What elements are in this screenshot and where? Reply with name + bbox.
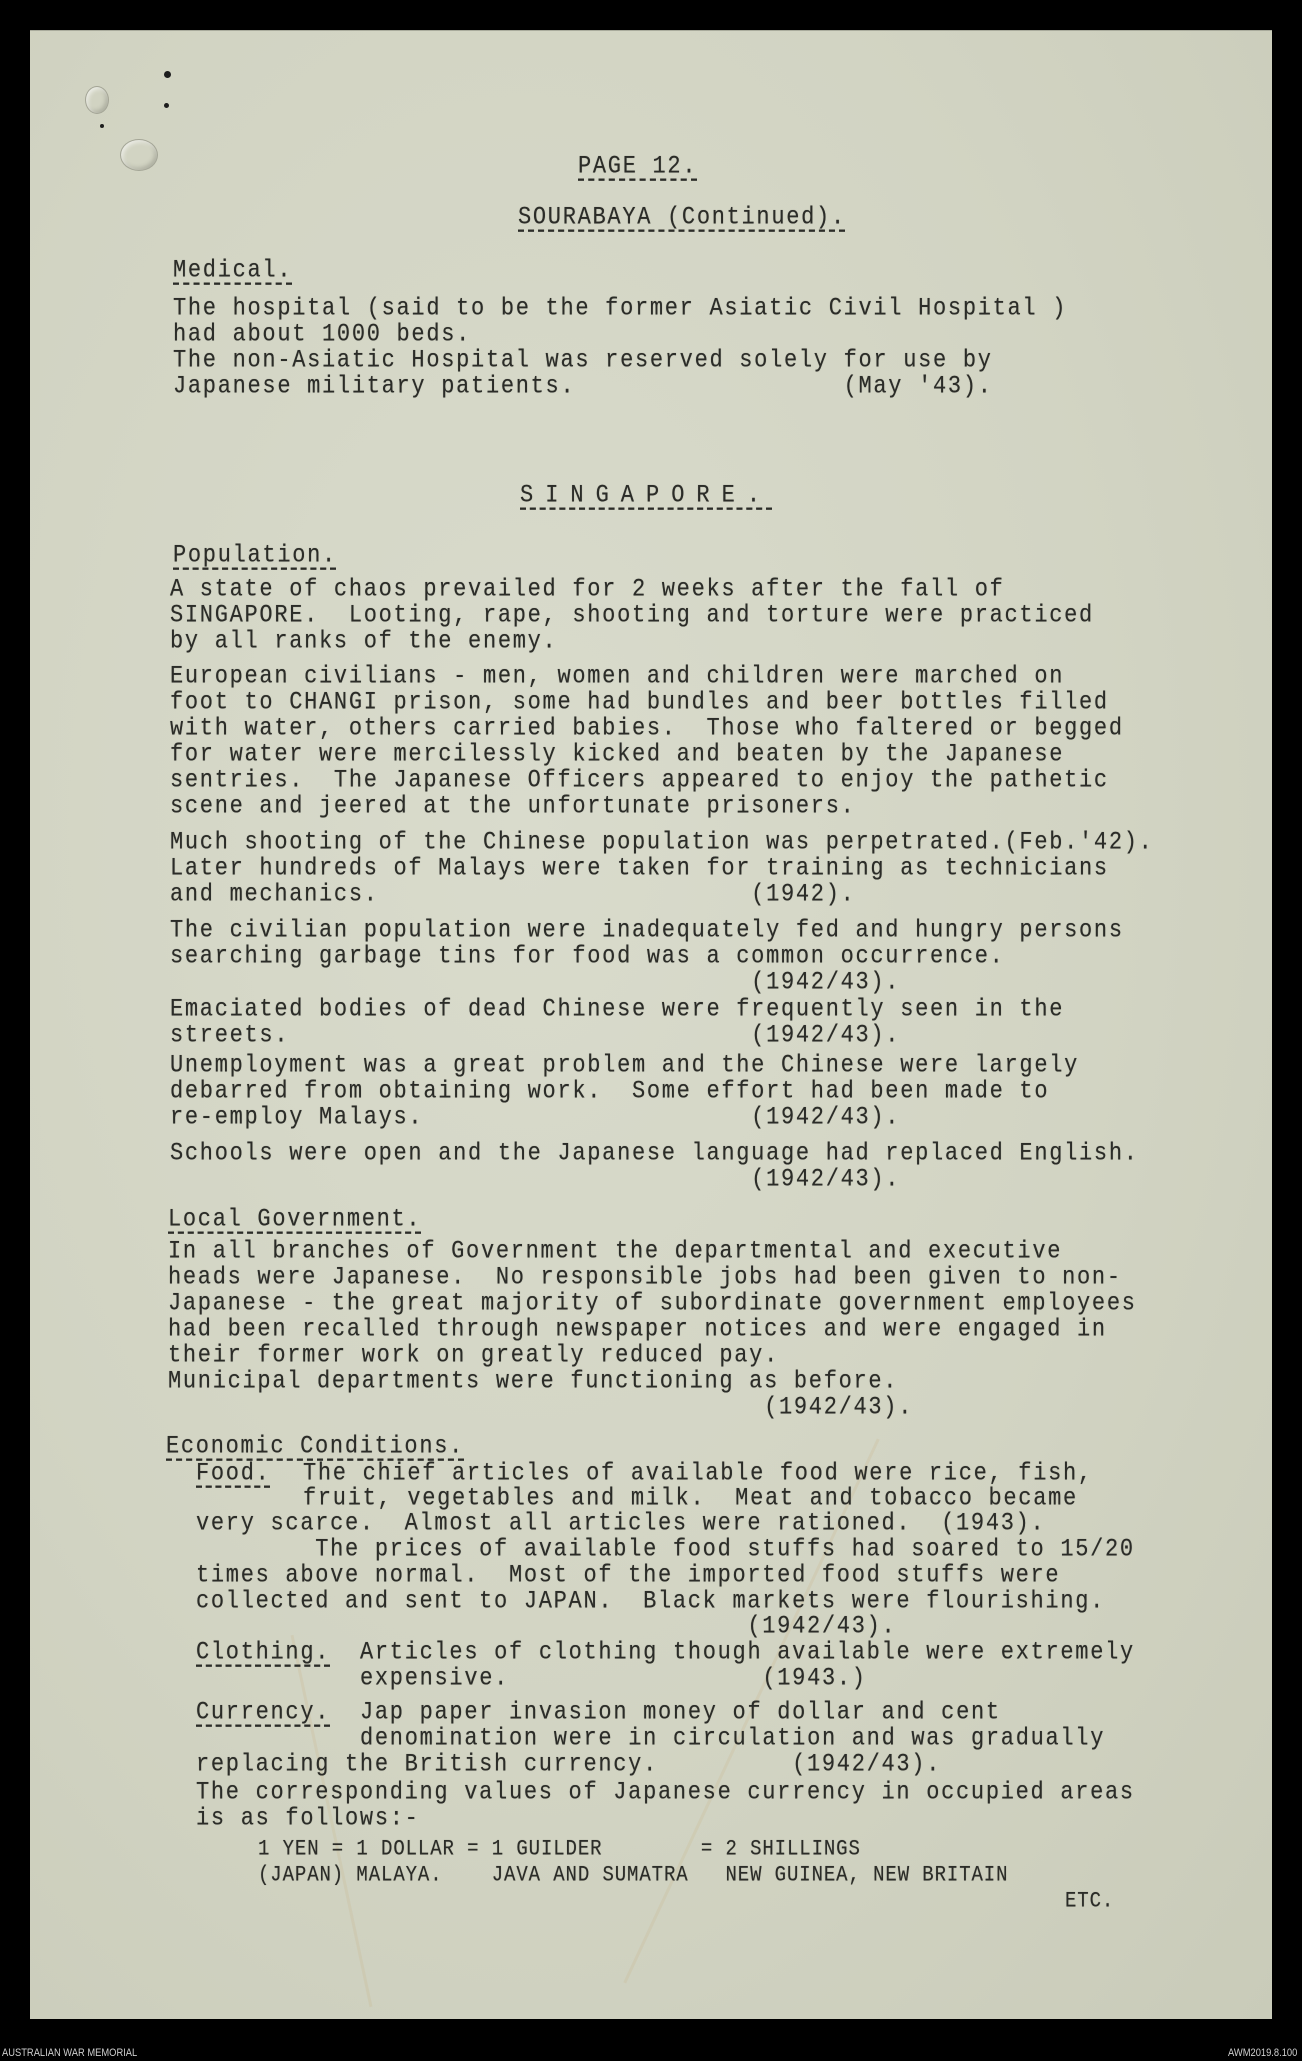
population-line: and mechanics. (1942). <box>170 880 856 910</box>
heading-population: Population. <box>173 541 337 571</box>
page-number: PAGE 12. <box>578 152 697 182</box>
subheading-clothing: Clothing. <box>196 1638 330 1668</box>
footer-accession-number: AWM2019.8.100 <box>1228 2047 1297 2059</box>
local-government-line: (1942/43). <box>168 1393 913 1423</box>
punch-hole <box>100 124 104 128</box>
population-line: (1942/43). <box>170 968 900 998</box>
population-line: (1942/43). <box>170 1165 900 1195</box>
section-title-singapore: SINGAPORE. <box>520 481 772 511</box>
heading-economic-conditions: Economic Conditions. <box>166 1432 464 1462</box>
section-title-sourabaya: SOURABAYA (Continued). <box>518 203 846 233</box>
staple-mark <box>120 139 158 171</box>
subheading-food: Food. <box>196 1459 271 1489</box>
subheading-currency: Currency. <box>196 1698 330 1728</box>
population-line: streets. (1942/43). <box>170 1021 900 1051</box>
punch-hole <box>164 103 169 108</box>
staple-mark <box>85 86 109 114</box>
currency-line: is as follows:- <box>196 1804 420 1834</box>
currency-line: replacing the British currency. (1942/43… <box>196 1750 941 1780</box>
punch-hole <box>164 71 171 78</box>
population-line: re-employ Malays. (1942/43). <box>170 1103 900 1133</box>
heading-medical: Medical. <box>173 256 292 286</box>
heading-local-government: Local Government. <box>168 1205 421 1235</box>
population-line: scene and jeered at the unfortunate pris… <box>170 792 856 822</box>
medical-line: Japanese military patients. (May '43). <box>173 372 993 402</box>
clothing-line: expensive. (1943.) <box>360 1664 867 1694</box>
footer-credit: AUSTRALIAN WAR MEMORIAL <box>2 2047 137 2059</box>
exchange-region-row: (JAPAN) MALAYA. JAVA AND SUMATRA NEW GUI… <box>258 1860 1008 1890</box>
exchange-region-etc: ETC. <box>1065 1886 1114 1916</box>
population-line: by all ranks of the enemy. <box>170 627 557 657</box>
